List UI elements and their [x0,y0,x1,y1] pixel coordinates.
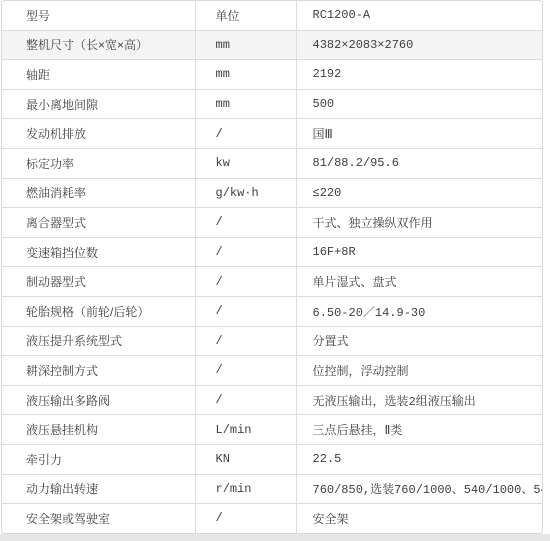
table-row: 燃油消耗率g/kw·h≤220 [2,178,543,208]
spec-label-cell: 耕深控制方式 [2,356,195,386]
table-row: 安全架或驾驶室/安全架 [2,504,543,533]
spec-label-cell: 离合器型式 [2,208,195,238]
table-row: 发动机排放/国Ⅲ [2,119,543,149]
table-row: 离合器型式/干式、独立操纵双作用 [2,208,543,238]
spec-label-cell: 牵引力 [2,444,195,474]
spec-unit-cell: 单位 [195,1,296,30]
table-row: 动力输出转速r/min760/850,选装760/1000、540/1000、5… [2,474,543,504]
table-row: 液压悬挂机构L/min三点后悬挂，Ⅱ类 [2,415,543,445]
spec-unit-cell: mm [195,60,296,90]
spec-value-cell: 单片湿式、盘式 [296,267,543,297]
spec-label-cell: 变速箱挡位数 [2,237,195,267]
spec-unit-cell: / [195,208,296,238]
page-background: 型号单位RC1200-A整机尺寸（长×宽×高）mm4382×2083×2760轴… [0,0,550,534]
spec-value-cell: 分置式 [296,326,543,356]
spec-label-cell: 轮胎规格（前轮/后轮） [2,296,195,326]
table-row: 耕深控制方式/位控制，浮动控制 [2,356,543,386]
spec-unit-cell: / [195,237,296,267]
spec-unit-cell: KN [195,444,296,474]
spec-value-cell: RC1200-A [296,1,543,30]
table-row: 制动器型式/单片湿式、盘式 [2,267,543,297]
spec-unit-cell: mm [195,30,296,60]
spec-value-cell: 6.50-20／14.9-30 [296,296,543,326]
table-row: 液压输出多路阀/无液压输出，选装2组液压输出 [2,385,543,415]
spec-unit-cell: kw [195,148,296,178]
spec-unit-cell: / [195,326,296,356]
spec-label-cell: 动力输出转速 [2,474,195,504]
spec-table-grid: 型号单位RC1200-A整机尺寸（长×宽×高）mm4382×2083×2760轴… [2,1,543,533]
spec-value-cell: 760/850,选装760/1000、540/1000、540/760 [296,474,543,504]
spec-value-cell: ≤220 [296,178,543,208]
spec-value-cell: 三点后悬挂，Ⅱ类 [296,415,543,445]
spec-label-cell: 安全架或驾驶室 [2,504,195,533]
spec-unit-cell: / [195,356,296,386]
spec-unit-cell: / [195,119,296,149]
spec-value-cell: 2192 [296,60,543,90]
spec-value-cell: 位控制，浮动控制 [296,356,543,386]
table-row: 型号单位RC1200-A [2,1,543,30]
spec-value-cell: 安全架 [296,504,543,533]
table-row: 最小离地间隙mm500 [2,89,543,119]
spec-value-cell: 干式、独立操纵双作用 [296,208,543,238]
spec-table: 型号单位RC1200-A整机尺寸（长×宽×高）mm4382×2083×2760轴… [1,0,543,534]
page-bottom-strip [0,534,550,541]
table-row: 液压提升系统型式/分置式 [2,326,543,356]
spec-label-cell: 轴距 [2,60,195,90]
spec-label-cell: 燃油消耗率 [2,178,195,208]
spec-unit-cell: / [195,296,296,326]
spec-label-cell: 型号 [2,1,195,30]
table-row: 整机尺寸（长×宽×高）mm4382×2083×2760 [2,30,543,60]
spec-label-cell: 整机尺寸（长×宽×高） [2,30,195,60]
spec-label-cell: 液压提升系统型式 [2,326,195,356]
spec-label-cell: 标定功率 [2,148,195,178]
spec-unit-cell: / [195,504,296,533]
spec-value-cell: 16F+8R [296,237,543,267]
table-row: 轴距mm2192 [2,60,543,90]
spec-value-cell: 81/88.2/95.6 [296,148,543,178]
spec-label-cell: 发动机排放 [2,119,195,149]
spec-value-cell: 4382×2083×2760 [296,30,543,60]
spec-value-cell: 无液压输出，选装2组液压输出 [296,385,543,415]
spec-unit-cell: g/kw·h [195,178,296,208]
spec-value-cell: 22.5 [296,444,543,474]
spec-label-cell: 最小离地间隙 [2,89,195,119]
spec-unit-cell: mm [195,89,296,119]
spec-unit-cell: / [195,267,296,297]
spec-label-cell: 液压输出多路阀 [2,385,195,415]
table-row: 轮胎规格（前轮/后轮）/6.50-20／14.9-30 [2,296,543,326]
spec-unit-cell: L/min [195,415,296,445]
table-row: 标定功率kw81/88.2/95.6 [2,148,543,178]
table-row: 牵引力KN22.5 [2,444,543,474]
spec-unit-cell: / [195,385,296,415]
spec-unit-cell: r/min [195,474,296,504]
spec-label-cell: 制动器型式 [2,267,195,297]
spec-label-cell: 液压悬挂机构 [2,415,195,445]
table-row: 变速箱挡位数/16F+8R [2,237,543,267]
spec-value-cell: 500 [296,89,543,119]
spec-value-cell: 国Ⅲ [296,119,543,149]
